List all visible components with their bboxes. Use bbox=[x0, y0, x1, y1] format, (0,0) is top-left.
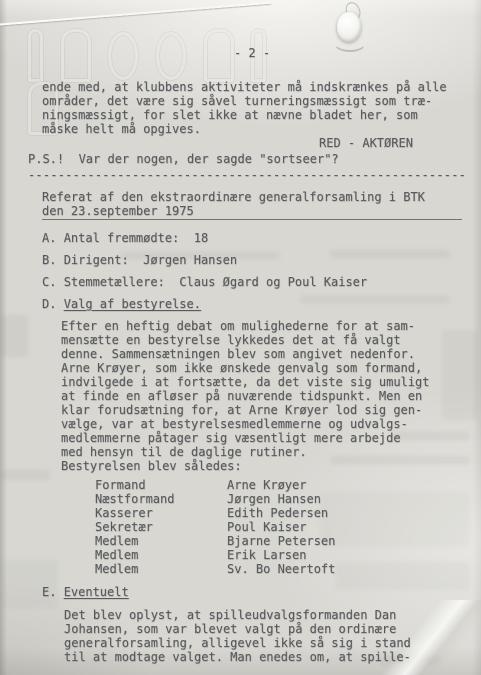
agenda-item-text: Antal fremmødte: 18 bbox=[64, 231, 209, 245]
text-line: medlemmerne påtager sig væsentligt mere … bbox=[61, 431, 462, 445]
text-line: mensætte en bestyrelse lykkedes det at f… bbox=[61, 333, 462, 347]
editor-signature: RED - AKTØREN bbox=[319, 136, 462, 150]
board-name: Erik Larsen bbox=[227, 548, 306, 562]
agenda-item-a: A.Antal fremmødte: 18 bbox=[42, 231, 462, 245]
board-role: Kasserer bbox=[95, 506, 227, 520]
text-line: indvilgede i at fortsætte, da det viste … bbox=[61, 375, 462, 389]
board-row: MedlemBjarne Petersen bbox=[95, 534, 462, 548]
section-e-paragraph: Det blev oplyst, at spilleudvalgsformand… bbox=[64, 608, 462, 664]
paper-crease bbox=[0, 2, 271, 27]
agenda-item-c: C.Stemmetællere: Claus Øgard og Poul Kai… bbox=[42, 275, 462, 289]
text-line: områder, det være sig såvel turneringsmæ… bbox=[42, 94, 462, 108]
agenda-item-d: D.Valg af bestyrelse. bbox=[42, 297, 462, 311]
text-line: ningsmæssigt, for slet ikke at nævne bla… bbox=[42, 108, 462, 122]
text-line: til at modtage valget. Man enedes om, at… bbox=[64, 650, 462, 664]
bleed-through-mark bbox=[0, 315, 28, 357]
agenda-item-b: B.Dirigent: Jørgen Hansen bbox=[42, 253, 462, 267]
text-line: Det blev oplyst, at spilleudvalgsformand… bbox=[64, 608, 462, 622]
minutes-heading: Referat af den ekstraordinære generalfor… bbox=[42, 190, 462, 220]
board-name: Sv. Bo Neertoft bbox=[227, 562, 335, 576]
board-row: KassererEdith Pedersen bbox=[95, 506, 462, 520]
text-line: klar forudsætning for, at Arne Krøyer lo… bbox=[61, 403, 462, 417]
agenda-list: A.Antal fremmødte: 18 B.Dirigent: Jørgen… bbox=[42, 231, 462, 311]
board-row: MedlemErik Larsen bbox=[95, 548, 462, 562]
agenda-item-text: Valg af bestyrelse. bbox=[64, 297, 201, 311]
text-line: generalforsamling, alligevel ikke så sig… bbox=[64, 636, 462, 650]
text-line: ende med, at klubbens aktiviteter må ind… bbox=[42, 80, 462, 94]
text-line: Arne Krøyer, som ikke ønskede genvalg so… bbox=[61, 361, 462, 375]
board-row: FormandArne Krøyer bbox=[95, 478, 462, 492]
board-name: Poul Kaiser bbox=[227, 520, 306, 534]
intro-paragraph: ende med, at klubbens aktiviteter må ind… bbox=[42, 80, 462, 136]
agenda-item-text: Dirigent: Jørgen Hansen bbox=[64, 253, 237, 267]
agenda-item-text: Stemmetællere: Claus Øgard og Poul Kaise… bbox=[64, 275, 367, 289]
text-line: med hensyn til de daglige rutiner. bbox=[61, 445, 462, 459]
page-content: - 2 - ende med, at klubbens aktiviteter … bbox=[42, 46, 462, 664]
text-line: denne. Sammensætningen blev som angivet … bbox=[61, 347, 462, 361]
scanned-document-page: - 2 - ende med, at klubbens aktiviteter … bbox=[0, 0, 481, 675]
text-line: at finde en afløser på nuværende tidspun… bbox=[61, 389, 462, 403]
postscript-line: P.S.! Var der nogen, der sagde "sortseer… bbox=[28, 152, 462, 166]
board-role: Næstformand bbox=[95, 492, 227, 506]
board-role: Sekretær bbox=[95, 520, 227, 534]
text-line: måske helt må opgives. bbox=[42, 122, 462, 136]
text-line: Efter en heftig debat om mulighederne fo… bbox=[61, 319, 462, 333]
text-line: Bestyrelsen blev således: bbox=[61, 459, 462, 473]
board-role: Medlem bbox=[95, 548, 227, 562]
agenda-item-e: E.Eventuelt bbox=[42, 585, 462, 599]
agenda-item-text: Eventuelt bbox=[64, 585, 129, 599]
board-row: SekretærPoul Kaiser bbox=[95, 520, 462, 534]
board-name: Arne Krøyer bbox=[227, 478, 306, 492]
board-name: Jørgen Hansen bbox=[227, 492, 321, 506]
page-number: - 2 - bbox=[42, 46, 462, 60]
heading-line-underlined: den 23.september 1975 bbox=[42, 204, 462, 220]
board-row: NæstformandJørgen Hansen bbox=[95, 492, 462, 506]
board-role: Formand bbox=[95, 478, 227, 492]
text-line: Johansen, som var blevet valgt på den or… bbox=[64, 622, 462, 636]
heading-line: Referat af den ekstraordinære generalfor… bbox=[42, 190, 462, 204]
agenda-item-label: C. bbox=[42, 275, 64, 289]
board-name: Bjarne Petersen bbox=[227, 534, 335, 548]
dashed-separator: ----------------------------------------… bbox=[28, 168, 464, 182]
agenda-item-label: E. bbox=[42, 585, 64, 599]
agenda-item-label: D. bbox=[42, 297, 64, 311]
board-member-list: FormandArne Krøyer NæstformandJørgen Han… bbox=[95, 478, 462, 576]
board-role: Medlem bbox=[95, 534, 227, 548]
section-d-paragraph: Efter en heftig debat om mulighederne fo… bbox=[61, 319, 462, 473]
board-role: Medlem bbox=[95, 562, 227, 576]
board-name: Edith Pedersen bbox=[227, 506, 328, 520]
agenda-item-label: A. bbox=[42, 231, 64, 245]
agenda-item-label: B. bbox=[42, 253, 64, 267]
board-row: MedlemSv. Bo Neertoft bbox=[95, 562, 462, 576]
watermark-glyph bbox=[28, 29, 43, 82]
text-line: vælge, var at bestyrelsesmedlemmerne og … bbox=[61, 417, 462, 431]
